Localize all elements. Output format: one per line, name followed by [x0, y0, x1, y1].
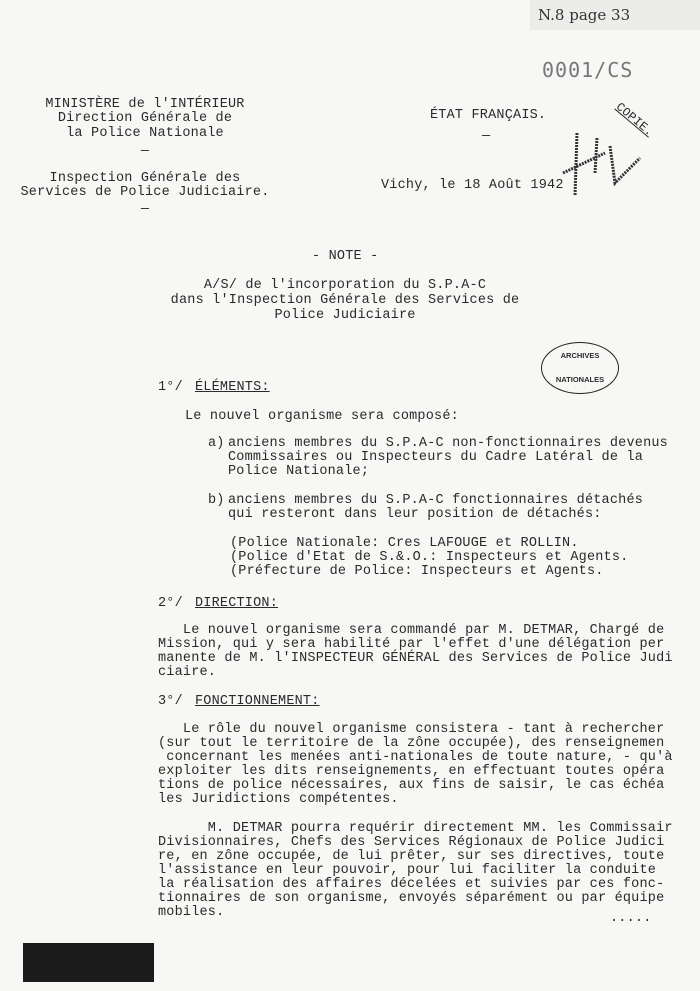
divider: —: [30, 203, 260, 218]
state-title: ÉTAT FRANÇAIS.: [430, 109, 546, 124]
section-heading: FONCTIONNEMENT:: [195, 695, 320, 710]
paragraph-line: mobiles.: [158, 906, 224, 921]
section-heading: ÉLÉMENTS:: [195, 381, 270, 396]
continuation-dots: .....: [610, 912, 652, 927]
handwritten-signature-icon: [555, 128, 645, 198]
subject-line: Police Judiciaire: [150, 309, 540, 324]
note-title: - NOTE -: [312, 250, 378, 265]
stamp-top-text: ARCHIVES: [542, 351, 618, 360]
archive-number-stamp: 0001/CS: [542, 58, 633, 82]
subject-line: dans l'Inspection Générale des Services …: [150, 294, 540, 309]
handwritten-reference: N.8 page 33: [538, 6, 630, 24]
directorate-line: Direction Générale de: [30, 112, 260, 127]
item-label: a): [208, 437, 225, 452]
paragraph-line: ciaire.: [158, 666, 216, 681]
item-text: Police Nationale;: [228, 465, 369, 480]
services-line: Services de Police Judiciaire.: [5, 186, 285, 201]
place-date: Vichy, le 18 Août 1942: [381, 179, 564, 194]
section-number: 1°/: [158, 381, 183, 396]
divider: —: [482, 130, 490, 145]
stamp-bottom-text: NATIONALES: [542, 375, 618, 384]
redaction-bar: [23, 943, 154, 982]
item-text: qui resteront dans leur position de déta…: [228, 508, 602, 523]
detached-line: (Préfecture de Police: Inspecteurs et Ag…: [230, 565, 604, 580]
paragraph-line: manente de M. l'INSPECTEUR GÉNÉRAL des S…: [158, 652, 673, 667]
section-number: 2°/: [158, 597, 183, 612]
paragraph-line: tionnaires de son organisme, envoyés sép…: [158, 892, 664, 907]
archives-nationales-stamp: ARCHIVES NATIONALES: [541, 342, 619, 394]
paragraph-line: les Juridictions compétentes.: [158, 793, 399, 808]
divider: —: [30, 145, 260, 160]
section-intro: Le nouvel organisme sera composé:: [185, 410, 459, 425]
subject-line: A/S/ de l'incorporation du S.P.A-C: [150, 279, 540, 294]
section-number: 3°/: [158, 695, 183, 710]
section-heading: DIRECTION:: [195, 597, 278, 612]
item-label: b): [208, 494, 225, 509]
police-line: la Police Nationale: [30, 127, 260, 142]
